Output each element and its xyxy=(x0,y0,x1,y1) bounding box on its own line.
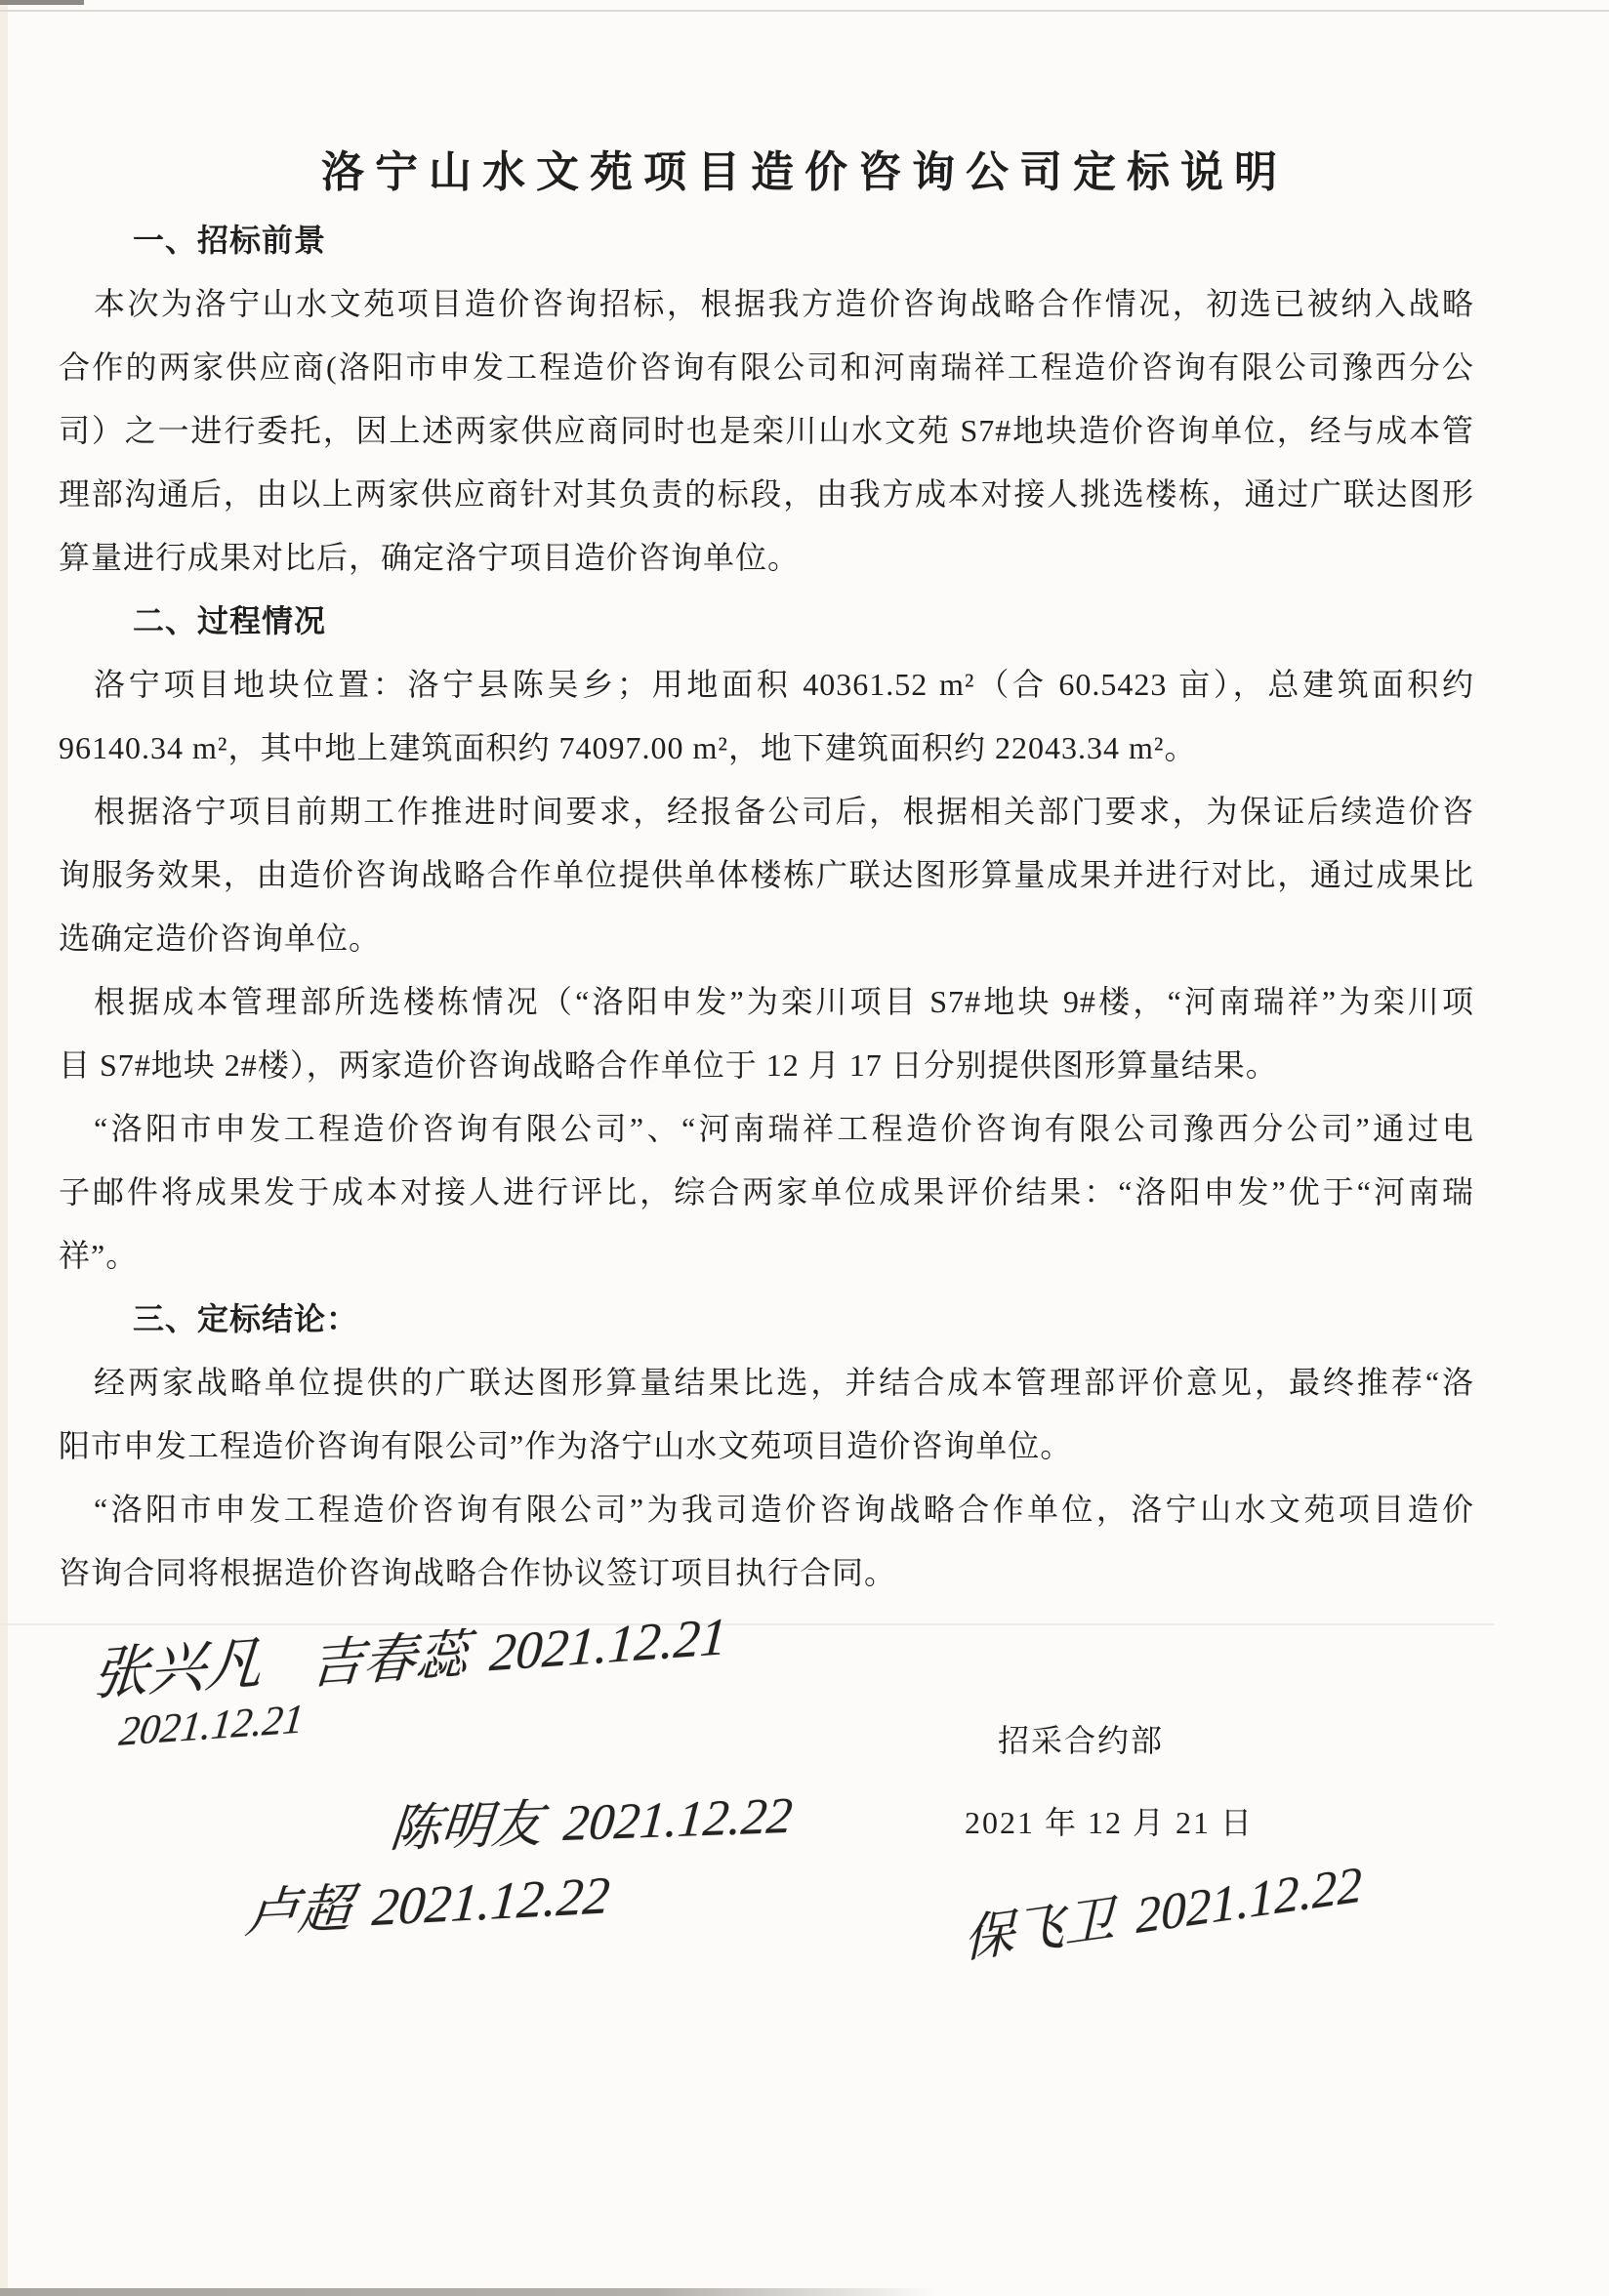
document-body: 一、招标前景本次为洛宁山水文苑项目造价咨询招标，根据我方造价咨询战略合作情况，初… xyxy=(59,209,1474,1605)
scan-line-artifact-top xyxy=(0,10,1609,12)
document-line: 三、定标结论： xyxy=(59,1288,1474,1351)
signature-baofeiwei: 保飞卫2021.12.22 xyxy=(963,1842,1362,1972)
document-line: 一、招标前景 xyxy=(59,209,1474,272)
signature-chenmingyou: 陈明友2021.12.22 xyxy=(388,1774,796,1862)
signature-chenmingyou-name: 陈明友 xyxy=(388,1797,545,1859)
scan-edge-top-left xyxy=(0,0,84,5)
scanned-document-page: 洛宁山水文苑项目造价咨询公司定标说明 一、招标前景本次为洛宁山水文苑项目造价咨询… xyxy=(0,0,1609,2296)
signature-baofeiwei-date: 2021.12.22 xyxy=(1135,1857,1363,1945)
document-line: “洛阳市申发工程造价咨询有限公司”、“河南瑞祥工程造价咨询有限公司豫西分公司”通… xyxy=(59,1097,1474,1161)
document-line: 96140.34 m²，其中地上建筑面积约 74097.00 m²，地下建筑面积… xyxy=(59,717,1474,780)
document-line: 算量进行成果对比后，确定洛宁项目造价咨询单位。 xyxy=(59,526,1474,590)
signature-jichunrui-name: 吉春蕊 xyxy=(309,1624,471,1695)
document-line: 询服务效果，由造价咨询战略合作单位提供单体楼栋广联达图形算量成果并进行对比，通过… xyxy=(59,843,1474,907)
document-line: 祥”。 xyxy=(59,1224,1474,1288)
document-line: 司）之一进行委托，因上述两家供应商同时也是栾川山水文苑 S7#地块造价咨询单位，… xyxy=(59,399,1474,463)
document-line: “洛阳市申发工程造价咨询有限公司”为我司造价咨询战略合作单位，洛宁山水文苑项目造… xyxy=(59,1478,1474,1541)
signature-chenmingyou-date: 2021.12.22 xyxy=(561,1788,795,1852)
document-line: 选确定造价咨询单位。 xyxy=(59,907,1474,970)
scan-edge-bottom xyxy=(0,2288,937,2296)
department-label: 招采合约部 xyxy=(998,1716,1164,1761)
signature-baofeiwei-name: 保飞卫 xyxy=(964,1892,1115,1969)
document-line: 本次为洛宁山水文苑项目造价咨询招标，根据我方造价咨询战略合作情况，初选已被纳入战… xyxy=(59,272,1474,336)
document-line: 洛宁项目地块位置：洛宁县陈吴乡；用地面积 40361.52 m²（合 60.54… xyxy=(59,653,1474,717)
document-line: 经两家战略单位提供的广联达图形算量结果比选，并结合成本管理部评价意见，最终推荐“… xyxy=(59,1351,1474,1414)
document-line: 咨询合同将根据造价咨询战略合作协议签订项目执行合同。 xyxy=(59,1541,1474,1605)
document-line: 合作的两家供应商(洛阳市申发工程造价咨询有限公司和河南瑞祥工程造价咨询有限公司豫… xyxy=(59,336,1474,399)
document-line: 子邮件将成果发于成本对接人进行评比，综合两家单位成果评价结果：“洛阳申发”优于“… xyxy=(59,1161,1474,1224)
signature-jichunrui: 吉春蕊2021.12.21 xyxy=(309,1594,729,1699)
printed-date: 2021 年 12 月 21 日 xyxy=(965,1798,1254,1843)
signature-luchao-name: 卢超 xyxy=(243,1879,353,1944)
document-line: 目 S7#地块 2#楼），两家造价咨询战略合作单位于 12 月 17 日分别提供… xyxy=(59,1034,1474,1097)
document-line: 二、过程情况 xyxy=(59,590,1474,653)
document-line: 根据洛宁项目前期工作推进时间要求，经报备公司后，根据相关部门要求，为保证后续造价… xyxy=(59,780,1474,843)
document-title: 洛宁山水文苑项目造价咨询公司定标说明 xyxy=(0,137,1609,199)
document-line: 阳市申发工程造价咨询有限公司”作为洛宁山水文苑项目造价咨询单位。 xyxy=(59,1414,1474,1478)
signature-luchao-date: 2021.12.22 xyxy=(370,1865,612,1937)
document-line: 理部沟通后，由以上两家供应商针对其负责的标段，由我方成本对接人挑选楼栋，通过广联… xyxy=(59,463,1474,526)
signature-zhangxingfan: 张兴凡 xyxy=(90,1617,266,1711)
document-line: 根据成本管理部所选楼栋情况（“洛阳申发”为栾川项目 S7#地块 9#楼，“河南瑞… xyxy=(59,970,1474,1034)
signature-jichunrui-date: 2021.12.21 xyxy=(488,1607,729,1682)
signature-luchao: 卢超2021.12.22 xyxy=(243,1853,613,1947)
scan-edge-left xyxy=(0,0,8,2296)
